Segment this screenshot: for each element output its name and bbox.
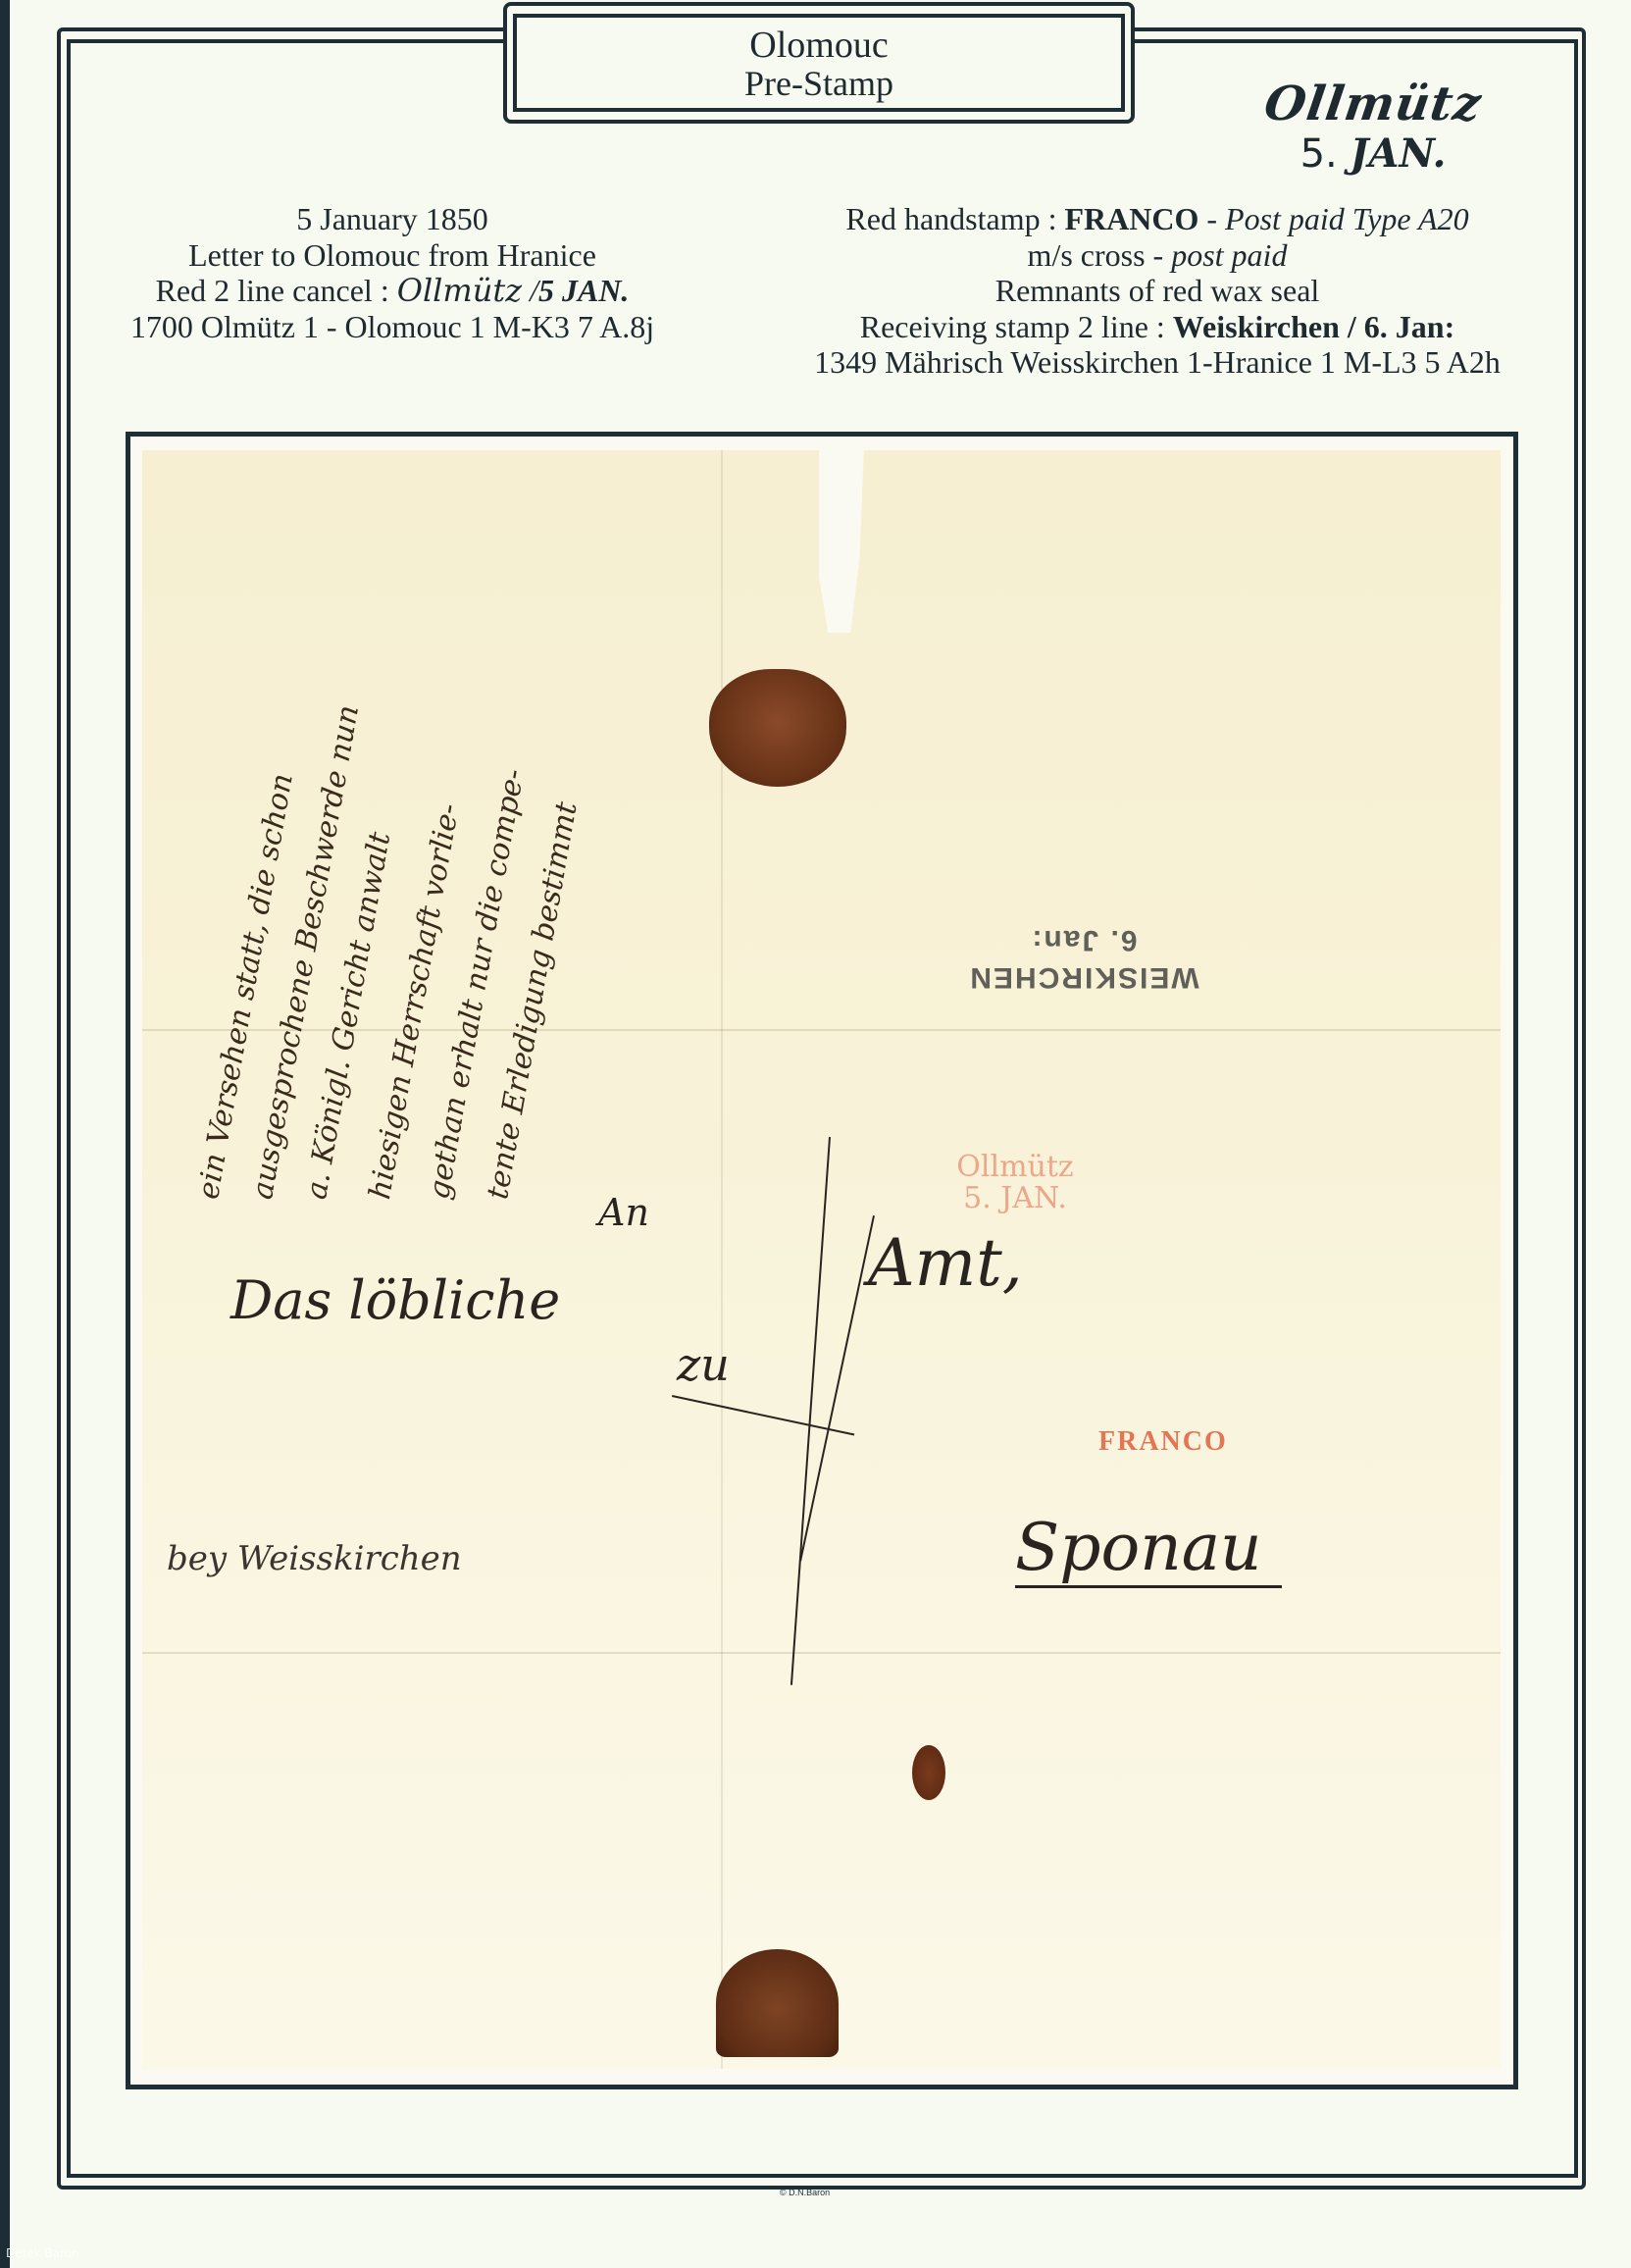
- description-right: Red handstamp : FRANCO - Post paid Type …: [726, 201, 1589, 381]
- cancel-catalogue-ref: 1700 Olmütz 1 - Olomouc 1 M-K3 7 A.8j: [127, 309, 657, 345]
- letter-date: 5 January 1850: [127, 201, 657, 237]
- postmark-illustration-day: 5.: [1300, 131, 1338, 177]
- cancel-label: Red 2 line cancel :: [156, 273, 397, 308]
- receiving-value: Weiskirchen / 6. Jan:: [1173, 309, 1454, 344]
- address-prefix: An: [598, 1191, 649, 1234]
- page-title: Olomouc: [517, 26, 1121, 65]
- handstamp-separator: -: [1198, 201, 1225, 236]
- franco-handstamp: FRANCO: [1098, 1426, 1228, 1458]
- paper-tear: [819, 446, 864, 633]
- cross-description: m/s cross - post paid: [726, 237, 1589, 274]
- manuscript-cross-stroke: [790, 1137, 831, 1685]
- red-cancel-town: Ollmütz: [907, 1152, 1123, 1183]
- cover-mount: ein Versehen statt, die schon ausgesproc…: [126, 432, 1518, 2089]
- wax-seal-top: [709, 669, 846, 787]
- fold-line: [142, 1652, 1501, 1654]
- postmark-illustration-town: Ollmütz: [1242, 77, 1504, 131]
- page-title-box: Olomouc Pre-Stamp: [503, 2, 1135, 124]
- page-credit: © D.N.Baron: [780, 2188, 830, 2197]
- watermark: Derek Baron: [6, 2246, 79, 2260]
- red-cancel-stamp: Ollmütz 5. JAN.: [907, 1152, 1123, 1214]
- address-city: Sponau: [1015, 1510, 1282, 1588]
- cancel-description: Red 2 line cancel : Ollmütz /5 JAN.: [127, 273, 657, 309]
- red-cancel-date: 5. JAN.: [907, 1183, 1123, 1214]
- handstamp-label: Red handstamp :: [845, 201, 1064, 236]
- receiving-label: Receiving stamp 2 line :: [860, 309, 1173, 344]
- postmark-illustration-month: JAN.: [1351, 130, 1447, 177]
- address-via: bey Weisskirchen: [167, 1539, 462, 1578]
- receiving-catalogue-ref: 1349 Mährisch Weisskirchen 1-Hranice 1 M…: [726, 344, 1589, 381]
- cross-note: post paid: [1171, 237, 1287, 273]
- folded-letter-cover: ein Versehen statt, die schon ausgesproc…: [142, 450, 1501, 2069]
- page-subtitle: Pre-Stamp: [517, 65, 1121, 102]
- side-handwriting: ein Versehen statt, die schon ausgesproc…: [172, 490, 564, 1196]
- description-left: 5 January 1850 Letter to Olomouc from Hr…: [127, 201, 657, 344]
- manuscript-cross-stroke: [672, 1395, 854, 1435]
- postmark-illustration-date: 5. JAN.: [1246, 131, 1501, 177]
- letter-route: Letter to Olomouc from Hranice: [127, 237, 657, 274]
- handstamp-note: Post paid Type A20: [1225, 201, 1469, 236]
- wax-seal-bottom: [716, 1949, 839, 2057]
- seal-description: Remnants of red wax seal: [726, 273, 1589, 309]
- cancel-town: Ollmütz: [397, 272, 522, 309]
- handstamp-description: Red handstamp : FRANCO - Post paid Type …: [726, 201, 1589, 237]
- page-title-box-inner: Olomouc Pre-Stamp: [513, 14, 1125, 112]
- address-zu: zu: [677, 1338, 730, 1391]
- scan-edge-strip: [0, 0, 10, 2268]
- receiving-stamp-inverted: WEISKIRCHEN 6. Jan:: [946, 921, 1221, 996]
- cancel-separator: /: [522, 273, 538, 308]
- handstamp-value: FRANCO: [1064, 201, 1198, 236]
- receiving-stamp-town: WEISKIRCHEN: [946, 958, 1221, 996]
- wax-seal-remnant: [912, 1745, 945, 1800]
- receiving-description: Receiving stamp 2 line : Weiskirchen / 6…: [726, 309, 1589, 345]
- receiving-stamp-date: 6. Jan:: [946, 921, 1221, 958]
- postmark-illustration: Ollmütz 5. JAN.: [1246, 77, 1501, 177]
- cross-label: m/s cross -: [1028, 237, 1172, 273]
- cancel-date: 5 JAN.: [538, 273, 629, 308]
- address-line-1: Das löbliche: [230, 1269, 560, 1331]
- address-line-2: Amt,: [868, 1225, 1023, 1301]
